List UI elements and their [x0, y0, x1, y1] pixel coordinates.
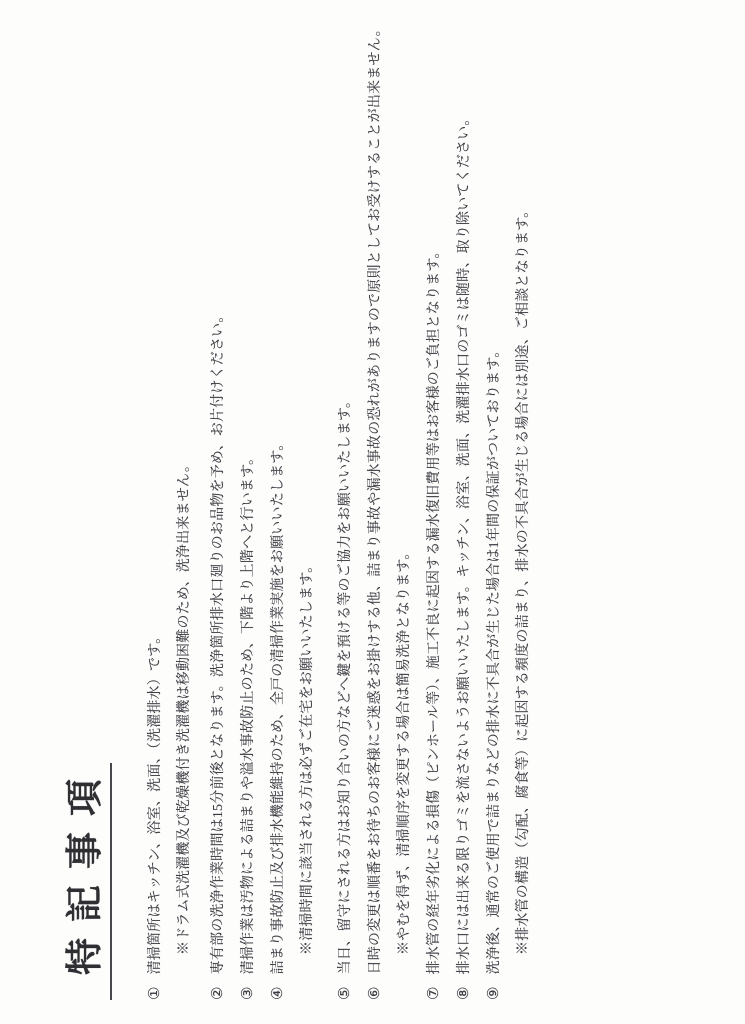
item-text: 当日、留守にされる方はお知り合いの方などへ鍵を預ける等のご協力をお願いいたします…: [338, 394, 353, 975]
item-text: 詰まり事故防止及び排水機能維持のため、全戸の清掃作業実施をお願いいたします。: [271, 436, 286, 974]
item-number: ⑨: [487, 986, 502, 1000]
list-item-5: ⑤当日、留守にされる方はお知り合いの方などへ鍵を預ける等のご協力をお願いいたしま…: [338, 0, 353, 1000]
item-text: 日時の変更は順番をお待ちのお客様にご迷惑をお掛けする他、詰まり事故や漏水事故の恐…: [368, 22, 383, 974]
items-list: ①清掃箇所はキッチン、浴室、洗面、（洗濯排水）です。 ※ドラム式洗濯機及び乾燥機…: [148, 0, 531, 1000]
item-note-1: ※ドラム式洗濯機及び乾燥機付き洗濯機は移動困難のため、洗浄出来ません。: [178, 0, 192, 1000]
list-item-1: ①清掃箇所はキッチン、浴室、洗面、（洗濯排水）です。: [148, 0, 163, 1000]
document-title: 特記事項: [66, 763, 103, 975]
item-number: ⑦: [427, 986, 442, 1000]
list-item-3: ③清掃作業は汚物による詰まりや溢水事故防止のため、下階より上階へと行います。: [241, 0, 256, 1000]
item-note-4: ※清掃時間に該当される方は必ずご在宅をお願いいたします。: [301, 0, 315, 1000]
item-text: 洗浄後、通常のご使用で詰まりなどの排水に不具合が生じた場合は1年間の保証がついて…: [487, 343, 502, 974]
list-item-4: ④詰まり事故防止及び排水機能維持のため、全戸の清掃作業実施をお願いいたします。: [271, 0, 286, 1000]
item-text: 専有部の洗浄作業時間は15分前後となります。洗浄箇所排水口廻りのお品物を予め、お…: [211, 308, 226, 974]
item-note-9: ※排水管の構造（勾配、腐食等）に起因する頻度の詰まり、排水の不具合が生じる場合に…: [517, 0, 531, 1000]
item-number: ④: [271, 986, 286, 1000]
item-number: ②: [211, 986, 226, 1000]
item-text: 排水口には出来る限りゴミを流さないようお願いいたします。キッチン、浴室、洗面、洗…: [457, 111, 472, 974]
item-number: ③: [241, 986, 256, 1000]
item-number: ⑤: [338, 986, 353, 1000]
list-item-8: ⑧排水口には出来る限りゴミを流さないようお願いいたします。キッチン、浴室、洗面、…: [457, 0, 472, 1000]
item-note-6: ※やむを得ず、清掃順序を変更する場合は簡易洗浄となります。: [398, 0, 412, 1000]
list-item-9: ⑨洗浄後、通常のご使用で詰まりなどの排水に不具合が生じた場合は1年間の保証がつい…: [487, 0, 502, 1000]
list-item-2: ②専有部の洗浄作業時間は15分前後となります。洗浄箇所排水口廻りのお品物を予め、…: [211, 0, 226, 1000]
item-number: ⑧: [457, 986, 472, 1000]
item-text: 排水管の経年劣化による損傷（ピンホール等）、施工不良に起因する漏水復旧費用等はお…: [427, 244, 442, 974]
item-number: ①: [148, 986, 163, 1000]
item-text: 清掃箇所はキッチン、浴室、洗面、（洗濯排水）です。: [148, 630, 163, 975]
item-number: ⑥: [368, 986, 383, 1000]
list-item-6: ⑥日時の変更は順番をお待ちのお客様にご迷惑をお掛けする他、詰まり事故や漏水事故の…: [368, 0, 383, 1000]
list-item-7: ⑦排水管の経年劣化による損傷（ピンホール等）、施工不良に起因する漏水復旧費用等は…: [427, 0, 442, 1000]
document-title-block: 特記事項: [66, 763, 112, 1000]
item-text: 清掃作業は汚物による詰まりや溢水事故防止のため、下階より上階へと行います。: [241, 451, 256, 975]
document-content: 特記事項 ①清掃箇所はキッチン、浴室、洗面、（洗濯排水）です。 ※ドラム式洗濯機…: [0, 0, 745, 1024]
scanned-page: 特記事項 ①清掃箇所はキッチン、浴室、洗面、（洗濯排水）です。 ※ドラム式洗濯機…: [0, 0, 745, 1024]
